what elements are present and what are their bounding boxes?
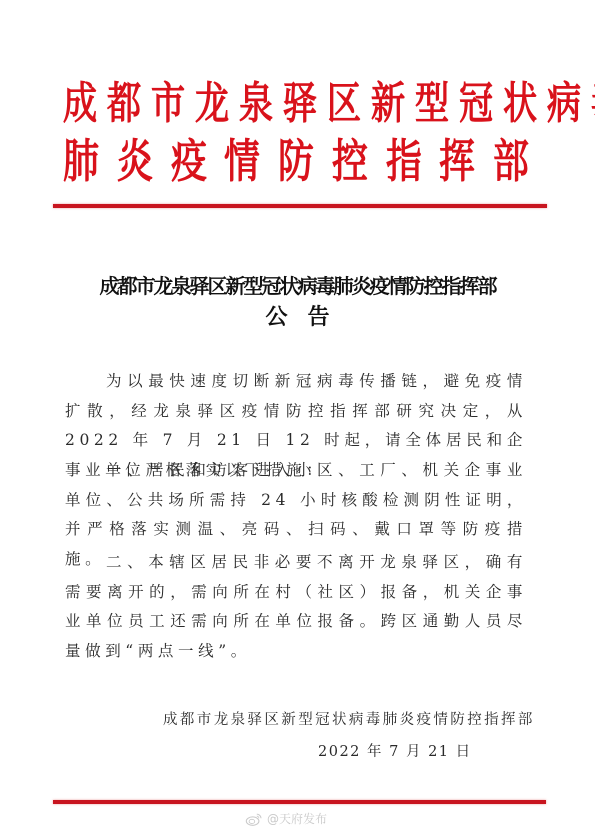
- document-title: 成都市龙泉驿区新型冠状病毒肺炎疫情防控指挥部: [0, 270, 595, 299]
- letterhead-char: 指: [386, 138, 422, 190]
- letterhead-char: 新: [371, 82, 405, 130]
- letterhead-char: 挥: [439, 138, 475, 190]
- letterhead-char: 状: [503, 82, 537, 130]
- letterhead-char: 控: [332, 138, 368, 190]
- letterhead-char: 成: [63, 82, 97, 130]
- letterhead-char: 泉: [239, 82, 273, 130]
- footer-divider: [53, 800, 546, 804]
- letterhead-char: 区: [327, 82, 361, 130]
- signature-organization: 成都市龙泉驿区新型冠状病毒肺炎疫情防控指挥部: [163, 708, 535, 729]
- watermark: @天府发布: [245, 810, 327, 827]
- letterhead-char: 冠: [459, 82, 493, 130]
- letterhead-line-1: 成 都 市 龙 泉 驿 区 新 型 冠 状 病 毒: [58, 82, 534, 130]
- letterhead-char: 都: [107, 82, 141, 130]
- signature-date: 2022 年 7 月 21 日: [318, 740, 472, 761]
- letterhead-char: 炎: [117, 138, 153, 190]
- body-paragraph-measure-2: 二、本辖区居民非必要不离开龙泉驿区，确有需要离开的，需向所在村（社区）报备，机关…: [65, 548, 527, 666]
- letterhead-char: 驿: [283, 82, 317, 130]
- letterhead-char: 情: [224, 138, 260, 190]
- letterhead-char: 防: [278, 138, 314, 190]
- letterhead-divider: [53, 204, 547, 208]
- letterhead-char: 肺: [63, 138, 99, 190]
- watermark-text: @天府发布: [267, 810, 327, 827]
- weibo-icon: [245, 812, 263, 826]
- letterhead-line-2: 肺 炎 疫 情 防 控 指 挥 部: [58, 138, 534, 190]
- letterhead-char: 病: [547, 82, 581, 130]
- letterhead-char: 市: [151, 82, 185, 130]
- letterhead-char: 毒: [591, 82, 595, 130]
- letterhead-char: 疫: [171, 138, 207, 190]
- letterhead-char: 部: [493, 138, 529, 190]
- announcement-document: 成 都 市 龙 泉 驿 区 新 型 冠 状 病 毒 肺 炎 疫 情 防 控 指 …: [0, 0, 595, 840]
- letterhead-char: 型: [415, 82, 449, 130]
- letterhead-char: 龙: [195, 82, 229, 130]
- document-subtitle: 公告: [0, 300, 595, 331]
